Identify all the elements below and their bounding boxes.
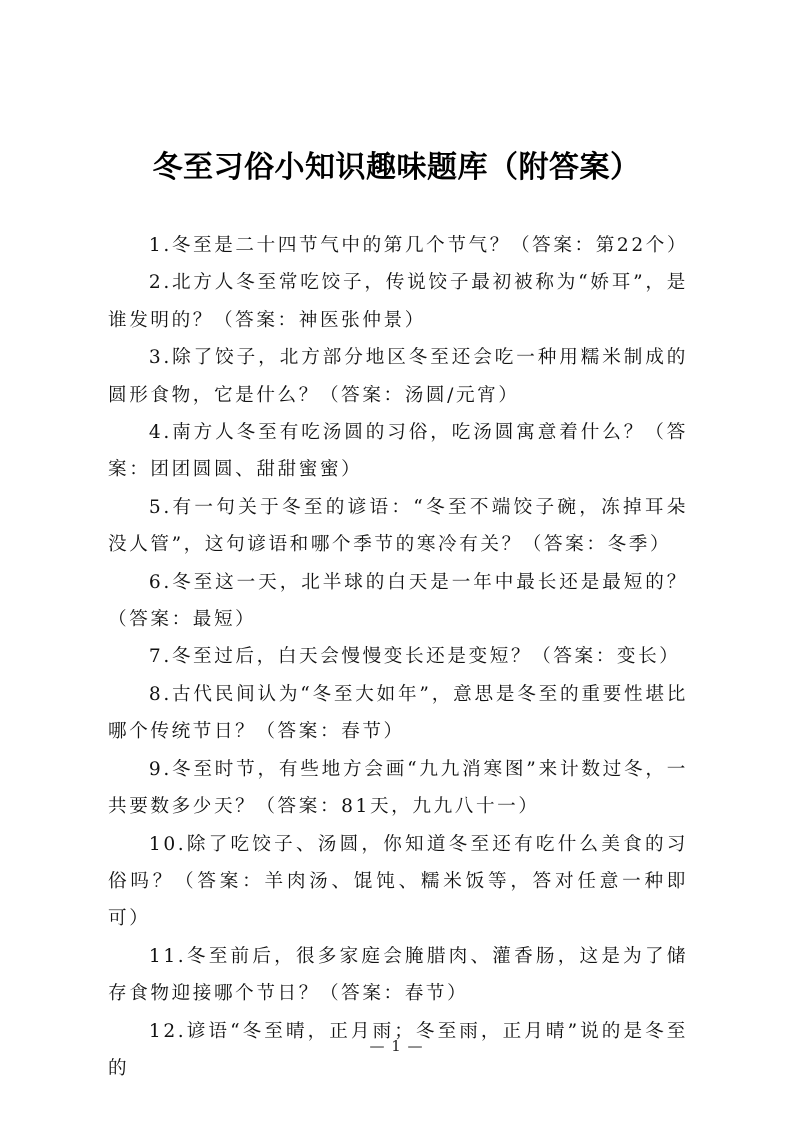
question-item-10: 10.除了吃饺子、汤圆，你知道冬至还有吃什么美食的习俗吗？（答案：羊肉汤、馄饨、… bbox=[108, 826, 688, 938]
question-item-7: 7.冬至过后，白天会慢慢变长还是变短？（答案：变长） bbox=[108, 638, 688, 675]
question-item-9: 9.冬至时节，有些地方会画“九九消寒图”来计数过冬，一共要数多少天？（答案：81… bbox=[108, 751, 688, 826]
page-number: — 1 — bbox=[0, 1036, 793, 1056]
question-item-4: 4.南方人冬至有吃汤圆的习俗，吃汤圆寓意着什么？（答案：团团圆圆、甜甜蜜蜜） bbox=[108, 414, 688, 489]
question-item-1: 1.冬至是二十四节气中的第几个节气？（答案：第22个） bbox=[108, 227, 688, 264]
question-item-8: 8.古代民间认为“冬至大如年”，意思是冬至的重要性堪比哪个传统节日？（答案：春节… bbox=[108, 676, 688, 751]
question-item-6: 6.冬至这一天，北半球的白天是一年中最长还是最短的？（答案：最短） bbox=[108, 564, 688, 639]
question-list: 1.冬至是二十四节气中的第几个节气？（答案：第22个） 2.北方人冬至常吃饺子，… bbox=[108, 227, 688, 1087]
question-item-11: 11.冬至前后，很多家庭会腌腊肉、灌香肠，这是为了储存食物迎接哪个节日？（答案：… bbox=[108, 938, 688, 1013]
question-item-3: 3.除了饺子，北方部分地区冬至还会吃一种用糯米制成的圆形食物，它是什么？（答案：… bbox=[108, 339, 688, 414]
document-title: 冬至习俗小知识趣味题库（附答案） bbox=[0, 146, 793, 190]
document-page: 冬至习俗小知识趣味题库（附答案） 1.冬至是二十四节气中的第几个节气？（答案：第… bbox=[0, 0, 793, 1122]
question-item-5: 5.有一句关于冬至的谚语：“冬至不端饺子碗，冻掉耳朵没人管”，这句谚语和哪个季节… bbox=[108, 489, 688, 564]
question-item-2: 2.北方人冬至常吃饺子，传说饺子最初被称为“娇耳”，是谁发明的？（答案：神医张仲… bbox=[108, 264, 688, 339]
